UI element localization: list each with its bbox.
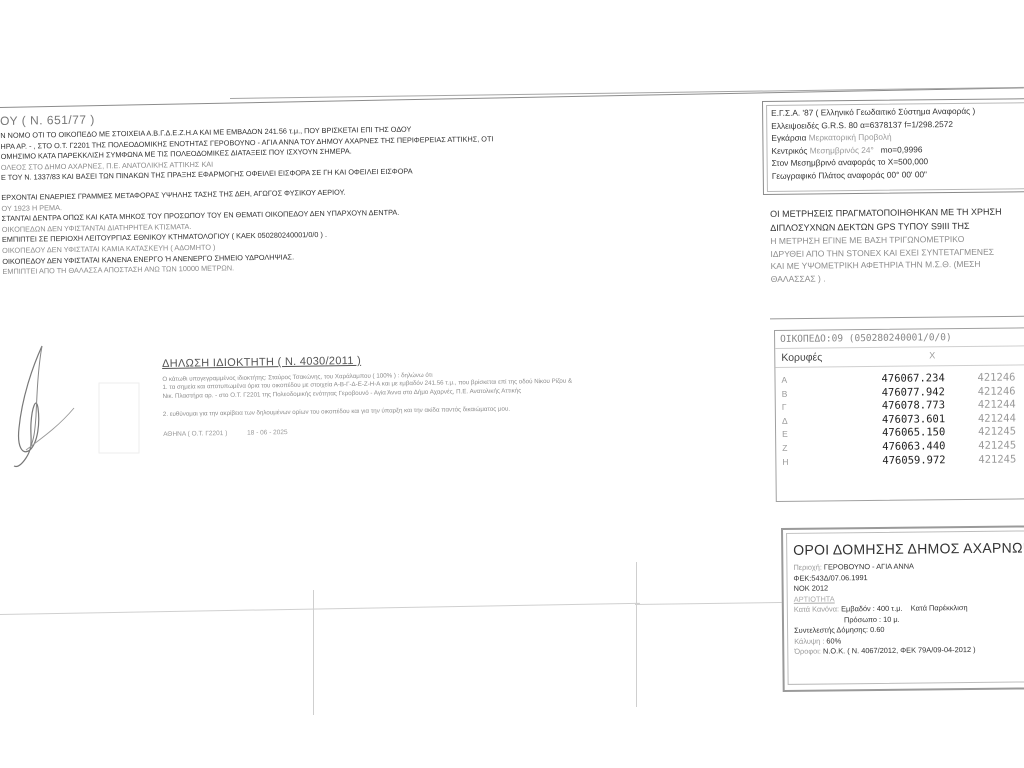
y-coordinate: 421245	[978, 426, 1016, 440]
building-terms-title: ΟΡΟΙ ΔΟΜΗΣΗΣ ΔΗΜΟΣ ΑΧΑΡΝΩΝ	[793, 539, 1024, 558]
signature-icon	[4, 338, 154, 478]
y-coordinate: 421246	[977, 371, 1015, 385]
x-coordinate: 476059.972	[882, 453, 978, 468]
x-coordinate: 476065.150	[882, 426, 978, 441]
vertex-label: Δ	[782, 414, 882, 429]
y-coordinate: 421244	[978, 399, 1016, 413]
frame-tick-2	[636, 562, 637, 707]
floors-row: Όροφοι: Ν.Ο.Κ. ( Ν. 4067/2012, ΦΕΚ 79Α/0…	[794, 644, 1024, 657]
vertex-label: Η	[782, 454, 882, 469]
header-x: X	[929, 350, 935, 362]
y-coordinate: 421245	[978, 453, 1016, 467]
x-coordinate: 476073.601	[882, 413, 978, 428]
x-coordinate: 476067.234	[881, 372, 977, 387]
declaration-date: 18 - 06 - 2025	[247, 429, 288, 437]
scan-border-top-inner	[230, 87, 1024, 99]
owner-declaration: ΔΗΛΩΣΗ ΙΔΙΟΚΤΗΤΗ ( Ν. 4030/2011 ) Ο κάτω…	[162, 348, 773, 438]
gps-measurement-note: ΟΙ ΜΕΤΡΗΣΕΙΣ ΠΡΑΓΜΑΤΟΠΟΙΗΘΗΚΑΝ ΜΕ ΤΗ ΧΡΗ…	[770, 205, 1024, 285]
vertex-label: Β	[782, 386, 882, 401]
coordinates-body: Α476067.234421246Β476077.942421246Γ47607…	[775, 365, 1024, 469]
y-coordinate: 421244	[978, 412, 1016, 426]
declaration-title: ΔΗΛΩΣΗ ΙΔΙΟΚΤΗΤΗ ( Ν. 4030/2011 )	[162, 348, 772, 370]
certification-lines-2: ΕΡΧΟΝΤΑΙ ΕΝΑΕΡΙΕΣ ΓΡΑΜΜΕΣ ΜΕΤΑΦΟΡΑΣ ΥΨΗΛ…	[1, 184, 562, 278]
building-terms-box: ΟΡΟΙ ΔΟΜΗΣΗΣ ΔΗΜΟΣ ΑΧΑΡΝΩΝ Περιοχή: ΓΕΡΟ…	[781, 525, 1024, 692]
vertex-label: Γ	[782, 400, 882, 415]
coordinates-table: ΟΙΚΟΠΕΔΟ:09 (050280240001/0/0) Κορυφές X…	[774, 327, 1024, 502]
header-vertex: Κορυφές	[781, 350, 929, 364]
x-coordinate: 476078.773	[882, 399, 978, 414]
text-line: ΘΑΛΑΣΣΑΣ ) .	[771, 270, 1024, 285]
egsa-reference-box: Ε.Γ.Σ.Α. '87 ( Ελληνικό Γεωδαιτικό Σύστη…	[762, 98, 1024, 195]
x-coordinate: 476063.440	[882, 440, 978, 455]
declaration-place: ΑΘΗΝΑ ( Ο.Τ. Γ2201 )	[163, 430, 227, 438]
coordinates-header: Κορυφές X	[775, 346, 1024, 368]
x-coordinate: 476077.942	[882, 385, 978, 400]
declaration-place-date: ΑΘΗΝΑ ( Ο.Τ. Γ2201 ) 18 - 06 - 2025	[163, 422, 773, 439]
vertex-label: Α	[781, 373, 881, 388]
vertex-label: Ε	[782, 427, 882, 442]
frame-tick-1	[313, 590, 314, 715]
drawing-frame-bottom	[0, 603, 640, 615]
certification-lines: Ν ΝΟΜΟ ΟΤΙ ΤΟ ΟΙΚΟΠΕΔΟ ΜΕ ΣΤΟΙΧΕΙΑ Α.Β.Γ…	[0, 122, 561, 184]
y-coordinate: 421245	[978, 439, 1016, 453]
egsa-line: Γεωγραφικό Πλάτος αναφοράς 00° 00' 00"	[768, 167, 1024, 182]
table-row: Η476059.972421245	[776, 453, 1024, 469]
divider	[770, 316, 1024, 320]
text-line: ΟΙ ΜΕΤΡΗΣΕΙΣ ΠΡΑΓΜΑΤΟΠΟΙΗΘΗΚΑΝ ΜΕ ΤΗ ΧΡΗ…	[770, 205, 1024, 221]
y-coordinate: 421246	[978, 385, 1016, 399]
vertex-label: Ζ	[782, 441, 882, 456]
certification-text-block: ΟΥ ( Ν. 651/77 ) Ν ΝΟΜΟ ΟΤΙ ΤΟ ΟΙΚΟΠΕΔΟ …	[0, 105, 563, 277]
egsa-lines: Ε.Γ.Σ.Α. '87 ( Ελληνικό Γεωδαιτικό Σύστη…	[766, 102, 1024, 192]
